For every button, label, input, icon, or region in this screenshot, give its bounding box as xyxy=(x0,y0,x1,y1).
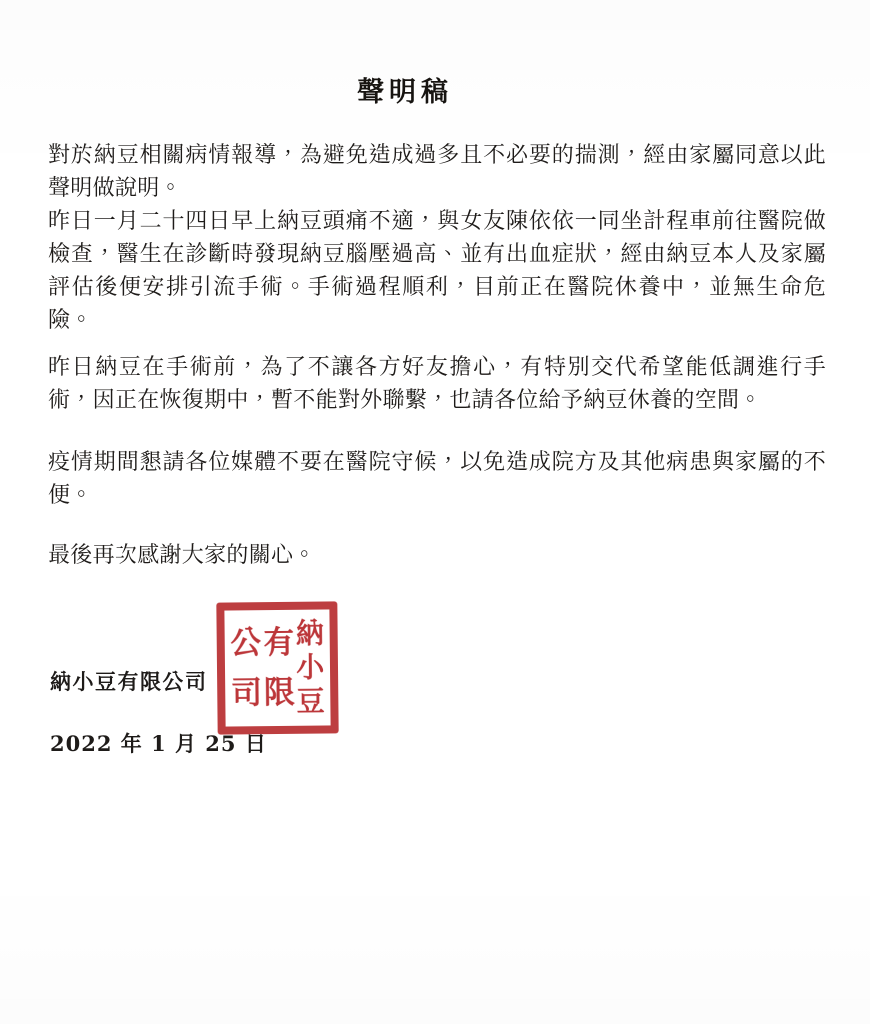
seal-column-left: 公司 xyxy=(229,614,263,722)
statement-paragraph: 昨日一月二十四日早上納豆頭痛不適，與女友陳依依一同坐計程車前往醫院做檢查，醫生在… xyxy=(48,205,826,337)
statement-paragraph: 對於納豆相關病情報導，為避免造成過多且不必要的揣測，經由家屬同意以此聲明做說明。 xyxy=(48,139,826,205)
document-body: 對於納豆相關病情報導，為避免造成過多且不必要的揣測，經由家屬同意以此聲明做說明。… xyxy=(48,139,826,572)
company-name: 納小豆有限公司 xyxy=(50,666,208,696)
statement-document: 聲明稿 對於納豆相關病情報導，為避免造成過多且不必要的揣測，經由家屬同意以此聲明… xyxy=(0,0,870,1024)
statement-date: 2022 年 1 月 25 日 xyxy=(50,728,267,758)
statement-paragraph: 疫情期間懇請各位媒體不要在醫院守候，以免造成院方及其他病患與家屬的不便。 xyxy=(48,446,826,512)
seal-column-right: 納小豆 xyxy=(295,614,326,722)
seal-column-middle: 有限 xyxy=(262,614,296,722)
company-seal-stamp-icon: 納小豆 有限 公司 xyxy=(216,601,338,734)
company-seal-text: 納小豆 有限 公司 xyxy=(226,611,328,724)
document-title: 聲明稿 xyxy=(0,70,810,109)
statement-paragraph: 最後再次感謝大家的關心。 xyxy=(48,539,826,572)
statement-paragraph: 昨日納豆在手術前，為了不讓各方好友擔心，有特別交代希望能低調進行手術，因正在恢復… xyxy=(48,351,826,417)
